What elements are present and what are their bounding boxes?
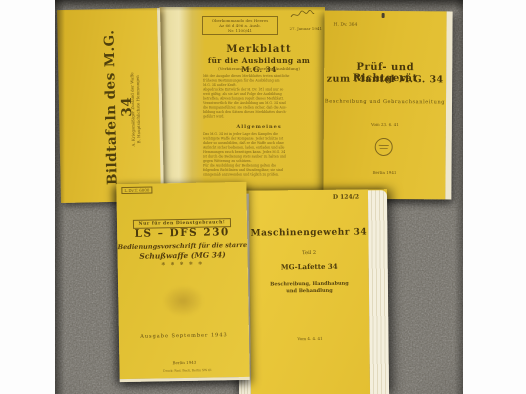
bildtafeln-subtitle: A. Kriegsmäßiger Zustand der Waffe B. Ha… <box>129 36 143 181</box>
stamp-line <box>379 145 389 146</box>
pruefgeraet-subtitle: Beschreibung und Gebrauchsanleitung <box>324 99 446 106</box>
staple-mark <box>382 13 385 18</box>
photograph-of-mg34-manuals: Bildtafeln des M.G. 34 A. Kriegsmäßiger … <box>55 0 463 394</box>
merkblatt-title-line2: für die Ausbildung am M.G. 34 <box>197 56 321 74</box>
mg-lafette-cover: D 124/2 Maschinengewehr 34 Teil 2 MG-Laf… <box>249 189 370 394</box>
merkblatt-header-box: Oberkommando des Heeres Az 66 d 496 a. A… <box>202 16 278 35</box>
booklet-pruefgeraet: H. Dv. 364 Prüf- und Richtgerät zum Mant… <box>323 11 452 200</box>
page-edges-right <box>368 190 389 394</box>
listing-photo-frame: Bildtafeln des M.G. 34 A. Kriegsmäßiger … <box>0 0 526 394</box>
booklet-merkblatt: Oberkommando des Heeres Az 66 d 496 a. A… <box>159 7 325 200</box>
merkblatt-title: Merkblatt <box>197 44 321 55</box>
ls-dfs-edition: Ausgabe September 1943 <box>119 332 249 340</box>
mg-lafette-doc-number: D 124/2 <box>333 194 359 201</box>
booklet-mg-lafette: D 124/2 Maschinengewehr 34 Teil 2 MG-Laf… <box>237 189 389 394</box>
booklet-bildtafeln: Bildtafeln des M.G. 34 A. Kriegsmäßiger … <box>57 8 164 203</box>
mg-lafette-part: Teil 2 <box>250 249 369 256</box>
printer-text: Druck: Rud. Beck, Berlin SW 61 <box>126 368 250 374</box>
ls-dfs-printer-line: Druck: Rud. Beck, Berlin SW 61 <box>126 368 250 377</box>
pruefgeraet-date-line: Vom 23. 6. 41 <box>324 122 446 128</box>
ink-stamp <box>375 138 393 156</box>
handwritten-mark <box>289 9 315 21</box>
stamp-line <box>380 148 388 149</box>
booklet-ls-dfs-230: L.Dv.T. 6000 Nur für den Dienstgebrauch!… <box>116 182 249 382</box>
mg-lafette-title: Maschinengewehr 34 <box>249 227 368 238</box>
merkblatt-body-text-1: Mit der Ausgabe dieses Merkblattes trete… <box>203 74 321 119</box>
merkblatt-subtitle: (Verkürzung der bisherigen Ausbildung) <box>197 66 321 71</box>
ls-dfs-imprint: Berlin 1943 <box>119 359 249 366</box>
mg-lafette-date-line: Vom 4. 4. 41 <box>250 335 369 341</box>
ornament-flourish: ✻ ✻ ✻ ✻ ✻ <box>118 261 248 268</box>
pruefgeraet-title-line2: zum Mantel M.G. 34 <box>324 74 446 86</box>
ls-dfs-title-line1: LS – DFS 230 <box>117 226 247 240</box>
merkblatt-section-heading: Allgemeines <box>197 124 321 130</box>
merkblatt-date: 27. Januar 1941 <box>289 26 322 31</box>
merkblatt-cover: Oberkommando des Heeres Az 66 d 496 a. A… <box>197 7 325 200</box>
merkblatt-body-text-2: Das M.G. 34 ist in jeder Lage des Kampfe… <box>203 132 321 177</box>
faint-eagle-stamp <box>154 278 213 323</box>
ls-dfs-doc-number: L.Dv.T. 6000 <box>121 187 152 195</box>
mg-lafette-subtitle: MG-Lafette 34 <box>250 261 369 271</box>
pruefgeraet-doc-number: H. Dv. 364 <box>334 23 358 28</box>
ls-dfs-title-line3: Schußwaffe (MG 34) <box>117 250 247 261</box>
pruefgeraet-imprint: Berlin 1941 <box>324 170 446 176</box>
mg-lafette-description: Beschreibung, Handhabung und Behandlung <box>250 280 369 295</box>
